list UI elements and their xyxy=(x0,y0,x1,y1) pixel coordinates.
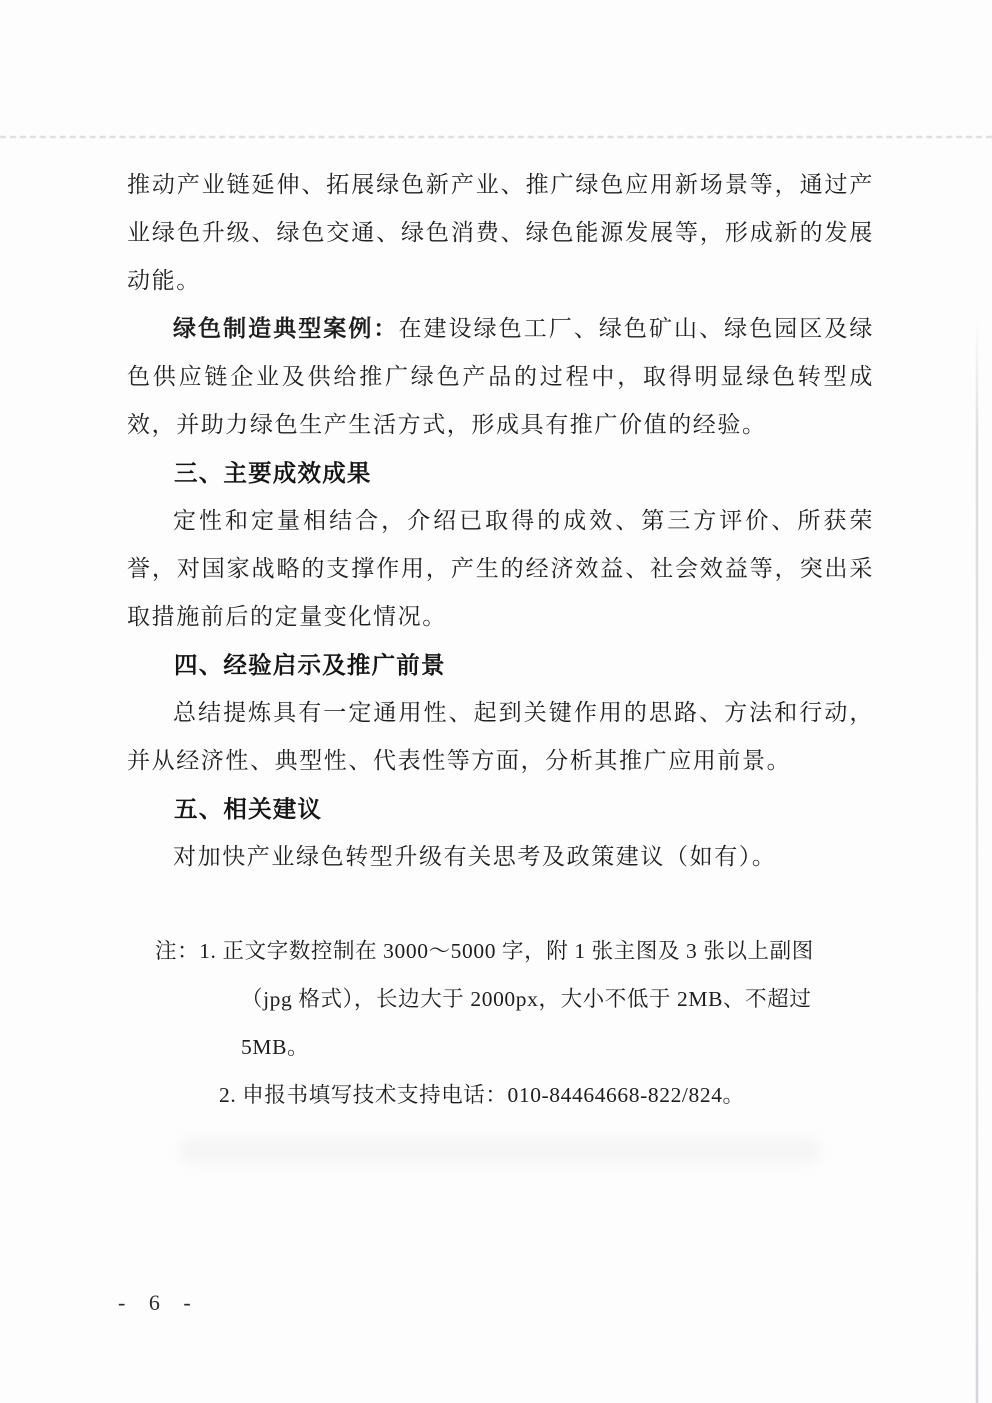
scan-artifact-line xyxy=(0,136,992,138)
section-heading-3-main-results: 三、主要成效成果 xyxy=(127,449,874,497)
paragraph-development-momentum: 推动产业链延伸、拓展绿色新产业、推广绿色应用新场景等，通过产业绿色升级、绿色交通… xyxy=(127,161,874,305)
paragraph-experience-description: 总结提炼具有一定通用性、起到关键作用的思路、方法和行动，并从经济性、典型性、代表… xyxy=(127,689,874,785)
page-number: - 6 - xyxy=(118,1285,195,1321)
bleed-through-ghost xyxy=(180,1138,820,1164)
paragraph-green-manufacturing-case: 绿色制造典型案例：在建设绿色工厂、绿色矿山、绿色园区及绿色供应链企业及供给推广绿… xyxy=(127,305,874,449)
document-page: 推动产业链延伸、拓展绿色新产业、推广绿色应用新场景等，通过产业绿色升级、绿色交通… xyxy=(0,0,992,1403)
document-body: 推动产业链延伸、拓展绿色新产业、推广绿色应用新场景等，通过产业绿色升级、绿色交通… xyxy=(127,161,874,1119)
footnote-line-support-phone: 2. 申报书填写技术支持电话：010-84464668-822/824。 xyxy=(127,1071,874,1119)
section-heading-4-experience-prospects: 四、经验启示及推广前景 xyxy=(127,641,874,689)
scan-edge-line xyxy=(976,318,978,1403)
section-heading-5-suggestions: 五、相关建议 xyxy=(127,785,874,833)
footnote-line-image-format: （jpg 格式），长边大于 2000px，大小不低于 2MB、不超过 5MB。 xyxy=(127,975,874,1071)
paragraph-results-description: 定性和定量相结合，介绍已取得的成效、第三方评价、所获荣誉，对国家战略的支撑作用，… xyxy=(127,497,874,641)
paragraph-lead-label: 绿色制造典型案例： xyxy=(173,316,398,341)
footnote-line-word-count: 注：1. 正文字数控制在 3000～5000 字，附 1 张主图及 3 张以上副… xyxy=(127,927,874,975)
paragraph-suggestions-description: 对加快产业绿色转型升级有关思考及政策建议（如有）。 xyxy=(127,833,874,881)
footnote-block: 注：1. 正文字数控制在 3000～5000 字，附 1 张主图及 3 张以上副… xyxy=(127,927,874,1119)
